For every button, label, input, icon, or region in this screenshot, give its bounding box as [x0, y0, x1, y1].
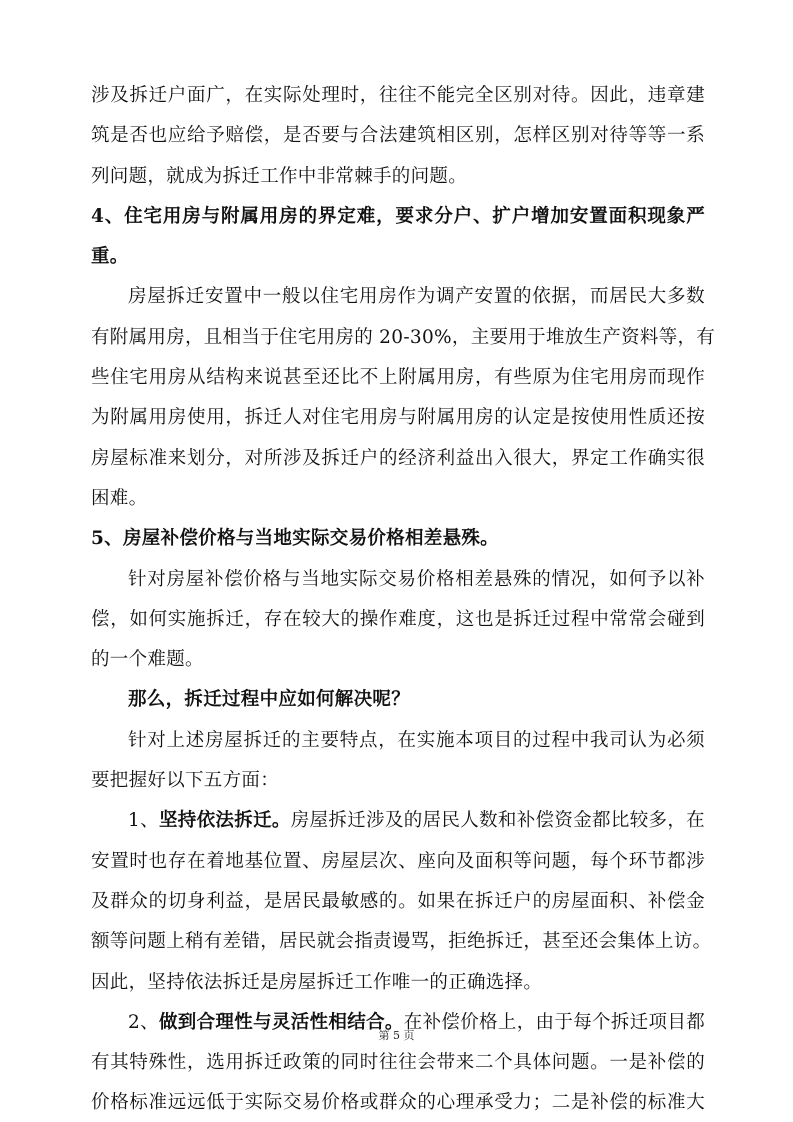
paragraph-line: 要把握好以下五方面： — [91, 761, 705, 801]
section-heading-4: 4、住宅用房与附属用房的界定难，要求分户、扩户增加安置面积现象严 — [91, 197, 705, 237]
document-page: 涉及拆迁户面广，在实际处理时，往往不能完全区别对待。因此，违章建 筑是否也应给予… — [0, 0, 793, 1122]
paragraph-line: 列问题，就成为拆迁工作中非常棘手的问题。 — [91, 157, 705, 197]
section-heading-5: 5、房屋补偿价格与当地实际交易价格相差悬殊。 — [91, 519, 705, 559]
paragraph-line: 为附属用房使用，拆迁人对住宅用房与附属用房的认定是按使用性质还按 — [91, 398, 705, 438]
paragraph-line: 额等问题上稍有差错，居民就会指责谩骂，拒绝拆迁，甚至还会集体上访。 — [91, 922, 705, 962]
point-1-first-line: 1、坚持依法拆迁。房屋拆迁涉及的居民人数和补偿资金都比较多，在 — [91, 801, 705, 841]
paragraph-line: 价格标准远远低于实际交易价格或群众的心理承受力；二是补偿的标准大 — [91, 1083, 705, 1122]
paragraph-line: 安置时也存在着地基位置、房屋层次、座向及面积等问题，每个环节都涉 — [91, 842, 705, 882]
point-1-text: 房屋拆迁涉及的居民人数和补偿资金都比较多，在 — [291, 810, 705, 831]
paragraph-line: 及群众的切身利益，是居民最敏感的。如果在拆迁户的房屋面积、补偿金 — [91, 882, 705, 922]
paragraph-line: 偿，如何实施拆迁，存在较大的操作难度，这也是拆迁过程中常常会碰到 — [91, 600, 705, 640]
paragraph-line: 筑是否也应给予赔偿，是否要与合法建筑相区别，怎样区别对待等等一系 — [91, 116, 705, 156]
paragraph-line: 房屋拆迁安置中一般以住宅用房作为调产安置的依据，而居民大多数 — [91, 277, 705, 317]
paragraph-line: 房屋标准来划分，对所涉及拆迁户的经济利益出入很大，界定工作确实很 — [91, 439, 705, 479]
question-heading: 那么，拆迁过程中应如何解决呢？ — [91, 680, 705, 720]
section-heading-4-cont: 重。 — [91, 237, 705, 277]
paragraph-line: 涉及拆迁户面广，在实际处理时，往往不能完全区别对待。因此，违章建 — [91, 76, 705, 116]
point-1-title: 坚持依法拆迁。 — [159, 810, 291, 831]
point-1-number: 1、 — [128, 810, 159, 831]
page-number-footer: 第 5 页 — [0, 1027, 793, 1043]
paragraph-line: 有其特殊性，选用拆迁政策的同时往往会带来二个具体问题。一是补偿的 — [91, 1043, 705, 1083]
paragraph-line: 针对上述房屋拆迁的主要特点，在实施本项目的过程中我司认为必须 — [91, 721, 705, 761]
paragraph-line: 困难。 — [91, 479, 705, 519]
paragraph-line: 针对房屋补偿价格与当地实际交易价格相差悬殊的情况，如何予以补 — [91, 560, 705, 600]
paragraph-line: 的一个难题。 — [91, 640, 705, 680]
paragraph-line: 有附属用房，且相当于住宅用房的 20-30%，主要用于堆放生产资料等，有 — [91, 318, 705, 358]
paragraph-line: 些住宅用房从结构来说甚至还比不上附属用房，有些原为住宅用房而现作 — [91, 358, 705, 398]
document-body: 涉及拆迁户面广，在实际处理时，往往不能完全区别对待。因此，违章建 筑是否也应给予… — [91, 76, 705, 1122]
paragraph-line: 因此，坚持依法拆迁是房屋拆迁工作唯一的正确选择。 — [91, 963, 705, 1003]
